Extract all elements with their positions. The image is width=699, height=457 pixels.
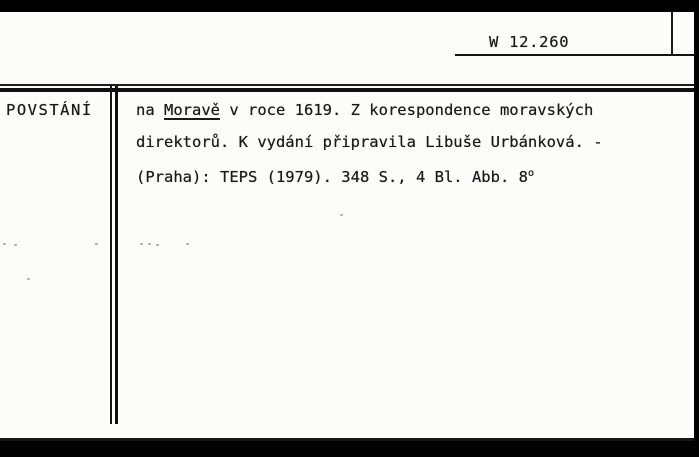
entry-line-3-text: (Praha): TEPS (1979). 348 S., 4 Bl. Abb.… <box>136 168 528 186</box>
scan-noise-speck <box>148 243 151 245</box>
entry-line-1-underlined-title: Moravě <box>164 101 220 119</box>
entry-line-1: na Moravě v roce 1619. Z korespondence m… <box>136 99 593 121</box>
call-number-rule <box>455 54 695 56</box>
subject-heading: POVSTÁNÍ <box>6 99 93 121</box>
entry-line-1-prefix: na <box>136 101 164 119</box>
catalog-card-scan: W 12.260 POVSTÁNÍ na Moravě v roce 1619.… <box>0 0 699 457</box>
scan-noise-speck <box>27 278 30 280</box>
entry-line-2: direktorů. K vydání připravila Libuše Ur… <box>136 131 603 153</box>
entry-line-3: (Praha): TEPS (1979). 348 S., 4 Bl. Abb.… <box>136 163 534 188</box>
entry-line-1-suffix: v roce 1619. Z korespondence moravských <box>220 101 593 119</box>
scan-noise-speck <box>156 244 159 246</box>
scan-noise-speck <box>95 243 98 245</box>
scan-noise-speck <box>14 244 17 246</box>
scan-noise-speck <box>3 243 6 245</box>
scan-noise-speck <box>140 243 143 245</box>
header-rule-thin <box>0 84 694 86</box>
scan-noise-speck <box>186 243 189 245</box>
scan-noise-speck <box>340 214 343 216</box>
header-rule-thick <box>0 88 694 92</box>
catalog-card <box>0 12 694 441</box>
form-rule-vertical <box>671 12 673 55</box>
call-number: W 12.260 <box>489 31 569 53</box>
scan-edge-right <box>694 0 699 457</box>
entry-line-3-format-superscript: o <box>528 168 534 179</box>
column-divider-left <box>110 86 112 424</box>
column-divider-right <box>115 86 118 424</box>
